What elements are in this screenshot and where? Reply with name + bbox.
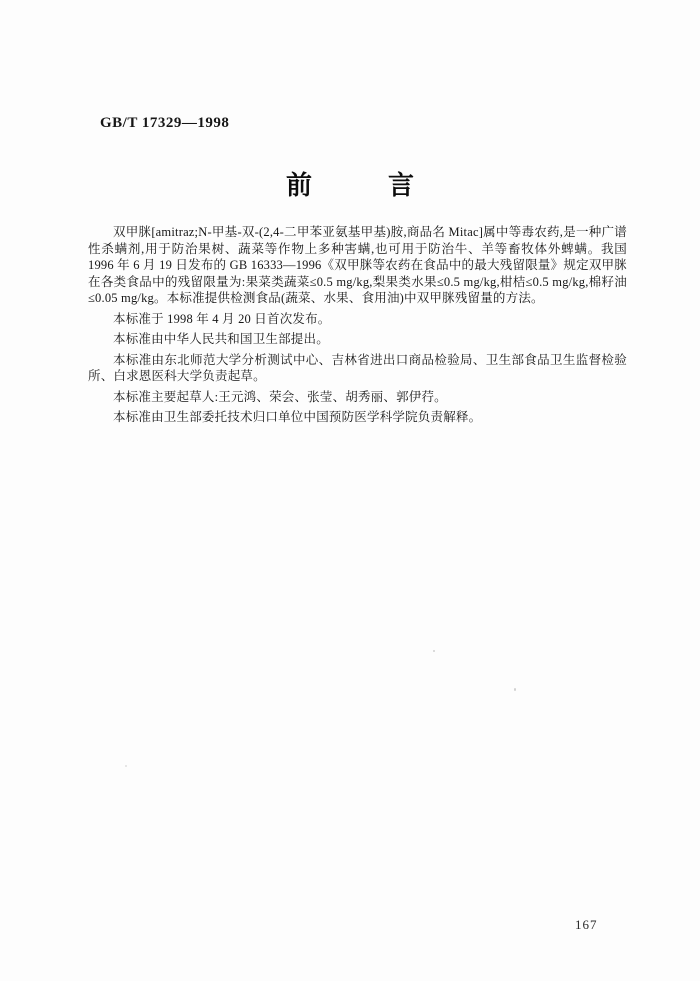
scan-speck — [125, 765, 127, 767]
foreword-title: 前 言 — [0, 170, 700, 200]
scan-speck — [514, 688, 516, 691]
foreword-title-char-right: 言 — [388, 170, 414, 200]
foreword-title-char-left: 前 — [286, 170, 312, 200]
paragraph-scope: 双甲脒[amitraz;N-甲基-双-(2,4-二甲苯亚氨基甲基)胺,商品名 M… — [88, 224, 627, 307]
paragraph-drafters: 本标准主要起草人:王元鸿、荣会、张莹、胡秀丽、郭伊荇。 — [88, 389, 627, 406]
standard-number: GB/T 17329—1998 — [100, 115, 229, 132]
document-page: GB/T 17329—1998 前 言 双甲脒[amitraz;N-甲基-双-(… — [0, 0, 700, 981]
scan-speck — [433, 650, 435, 652]
paragraph-drafting-organizations: 本标准由东北师范大学分析测试中心、吉林省进出口商品检验局、卫生部食品卫生监督检验… — [88, 352, 627, 385]
paragraph-proposed-by: 本标准由中华人民共和国卫生部提出。 — [88, 331, 627, 348]
page-number: 167 — [575, 917, 598, 933]
foreword-body: 双甲脒[amitraz;N-甲基-双-(2,4-二甲苯亚氨基甲基)胺,商品名 M… — [88, 224, 627, 426]
paragraph-interpretation: 本标准由卫生部委托技术归口单位中国预防医学科学院负责解释。 — [88, 409, 627, 426]
paragraph-first-issued: 本标准于 1998 年 4 月 20 日首次发布。 — [88, 311, 627, 328]
